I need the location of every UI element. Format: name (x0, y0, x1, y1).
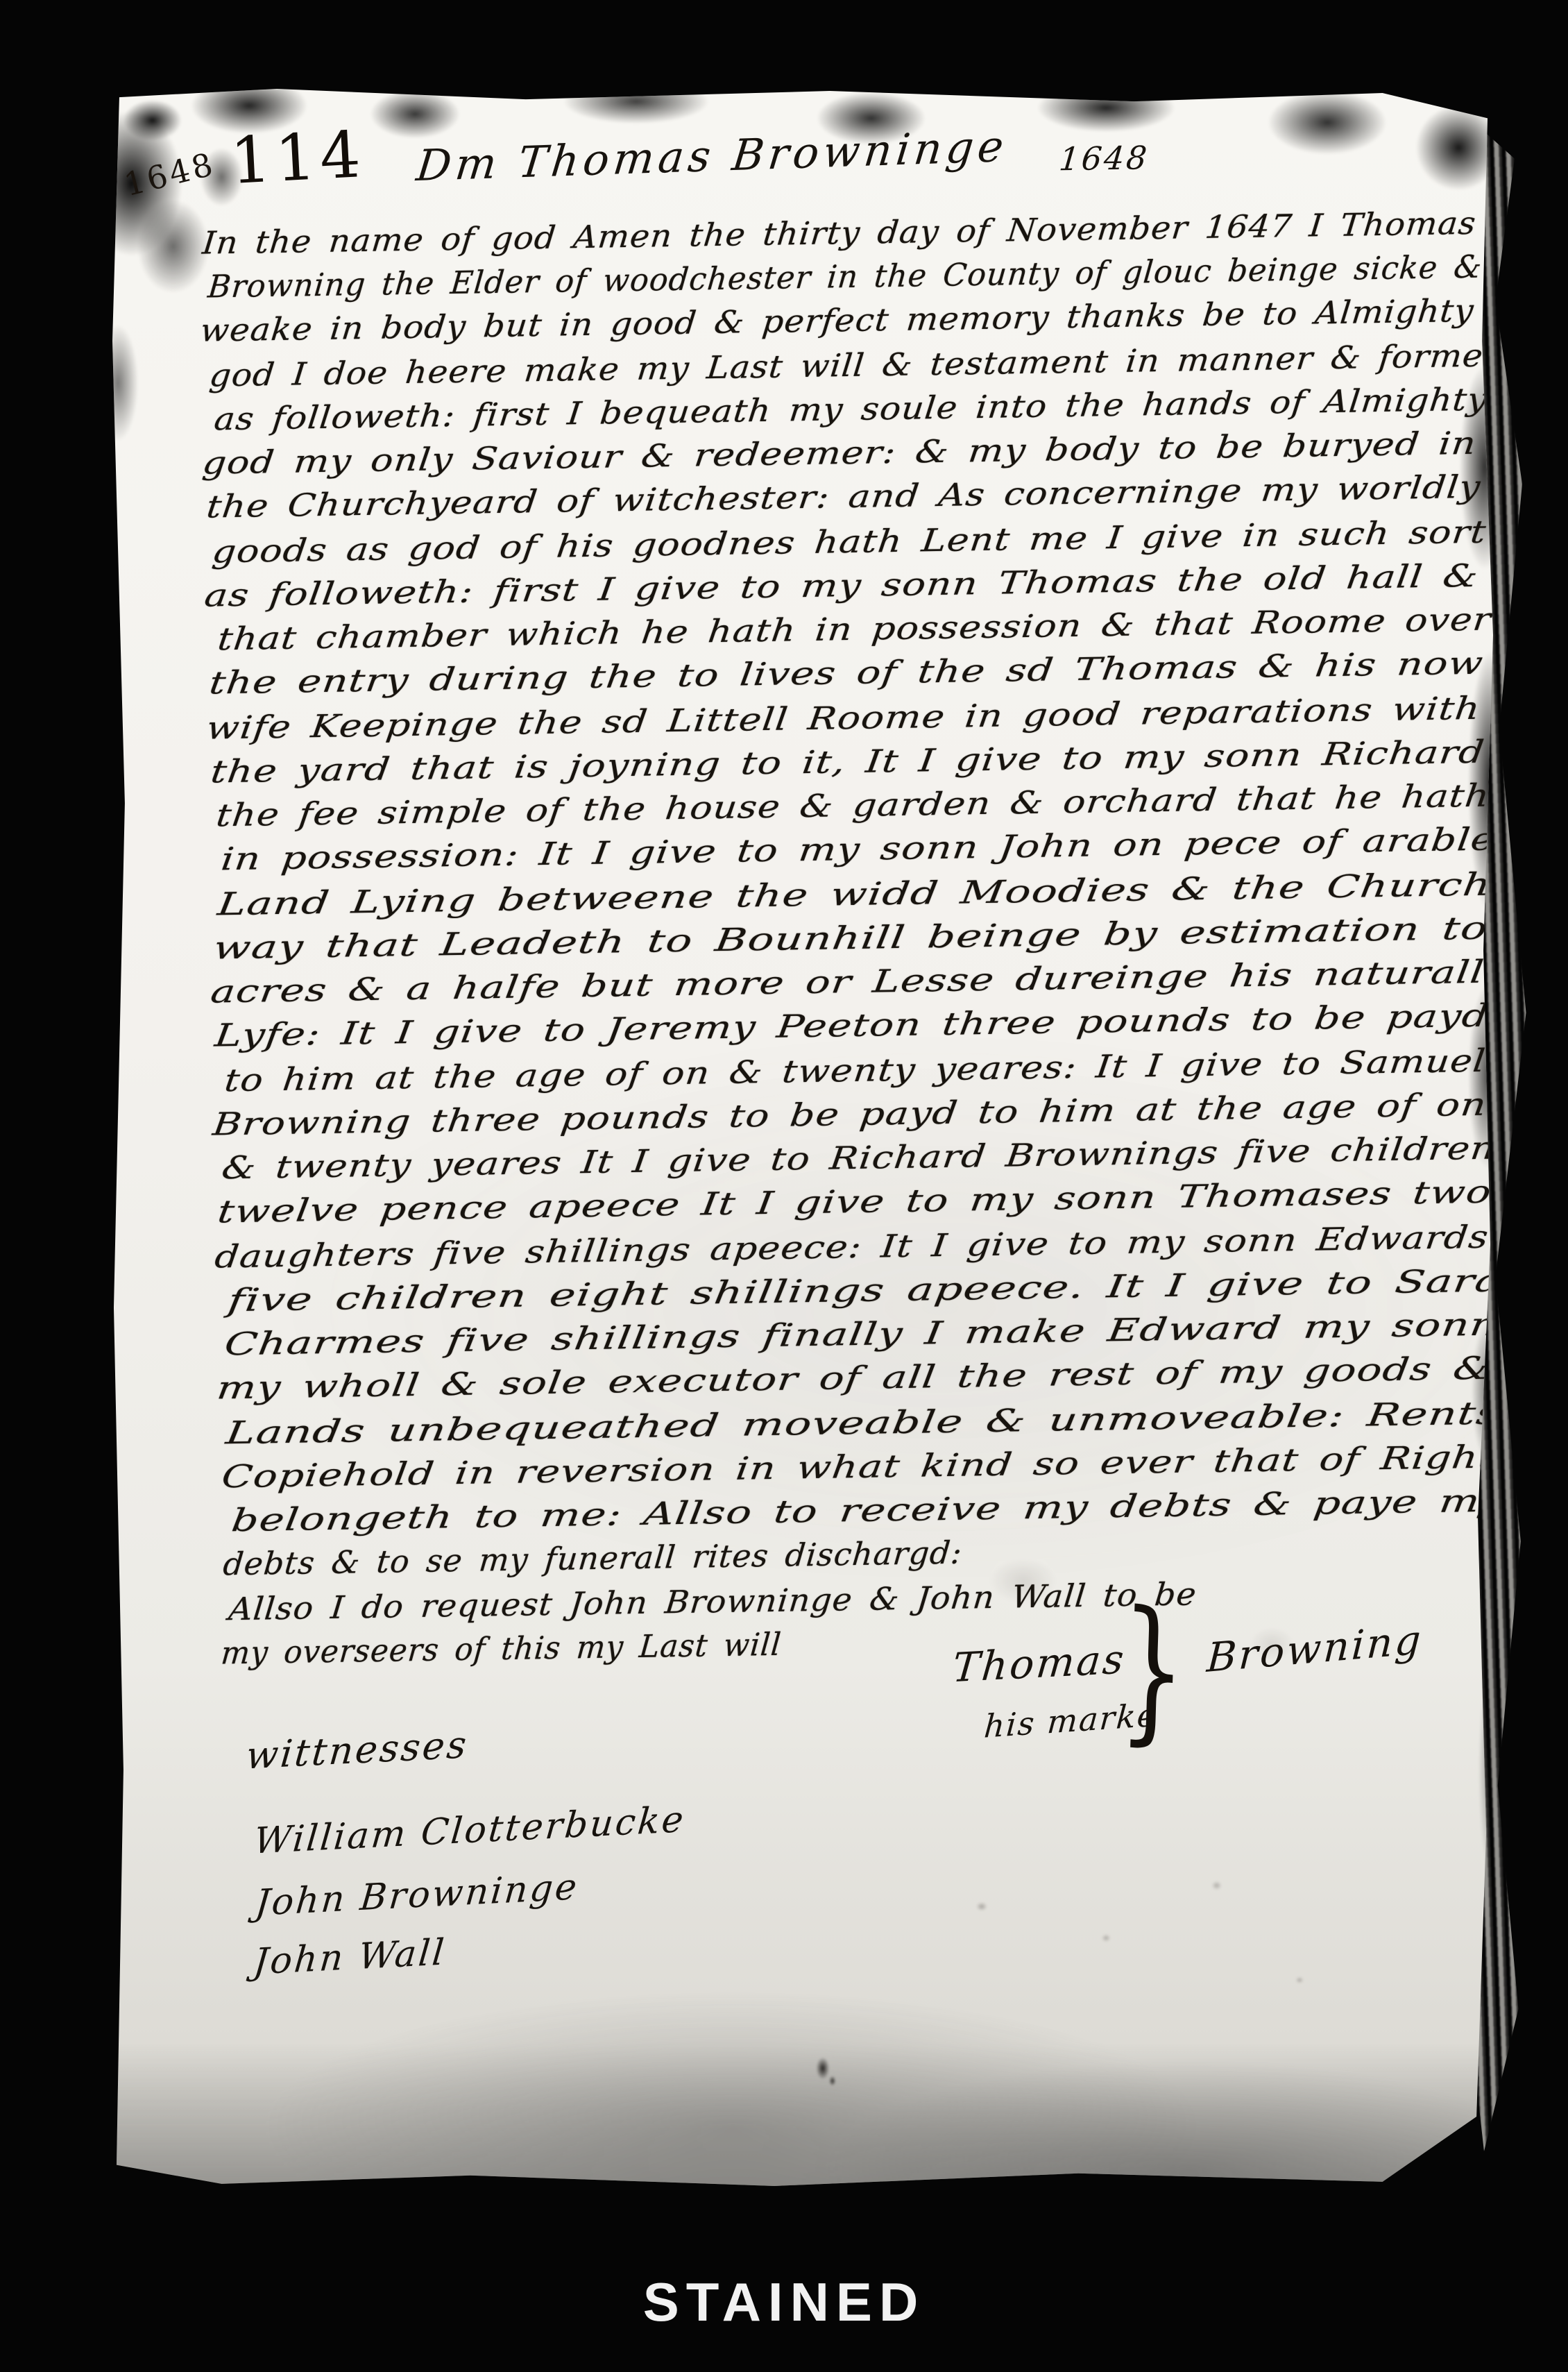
witness-name: William Clotterbucke (253, 1799, 688, 1862)
witness-name: John Browninge (253, 1866, 580, 1924)
text-line: my overseers of this my Last will (220, 1626, 783, 1672)
will-text-block: In the name of god Amen the thirty day o… (202, 205, 1499, 1679)
microfilm-scan: { "corner": { "year": "1648", "page": "1… (0, 0, 1568, 2372)
document-heading: Dm Thomas Browninge (414, 121, 1010, 191)
ink-layer: Dm Thomas Browninge 1648 In the name of … (111, 78, 1526, 2201)
heading-year: 1648 (1057, 139, 1150, 178)
manuscript-sheet: 1648 114 Dm Thomas Browninge 1648 In the… (111, 89, 1493, 2190)
testator-signature-firstname: Thomas (951, 1636, 1127, 1692)
witness-name: John Wall (252, 1932, 448, 1983)
witnesses-label: wittnesses (244, 1722, 470, 1777)
stained-caption: STAINED (0, 2271, 1568, 2334)
signature-brace-mark: } (1117, 1577, 1188, 1764)
